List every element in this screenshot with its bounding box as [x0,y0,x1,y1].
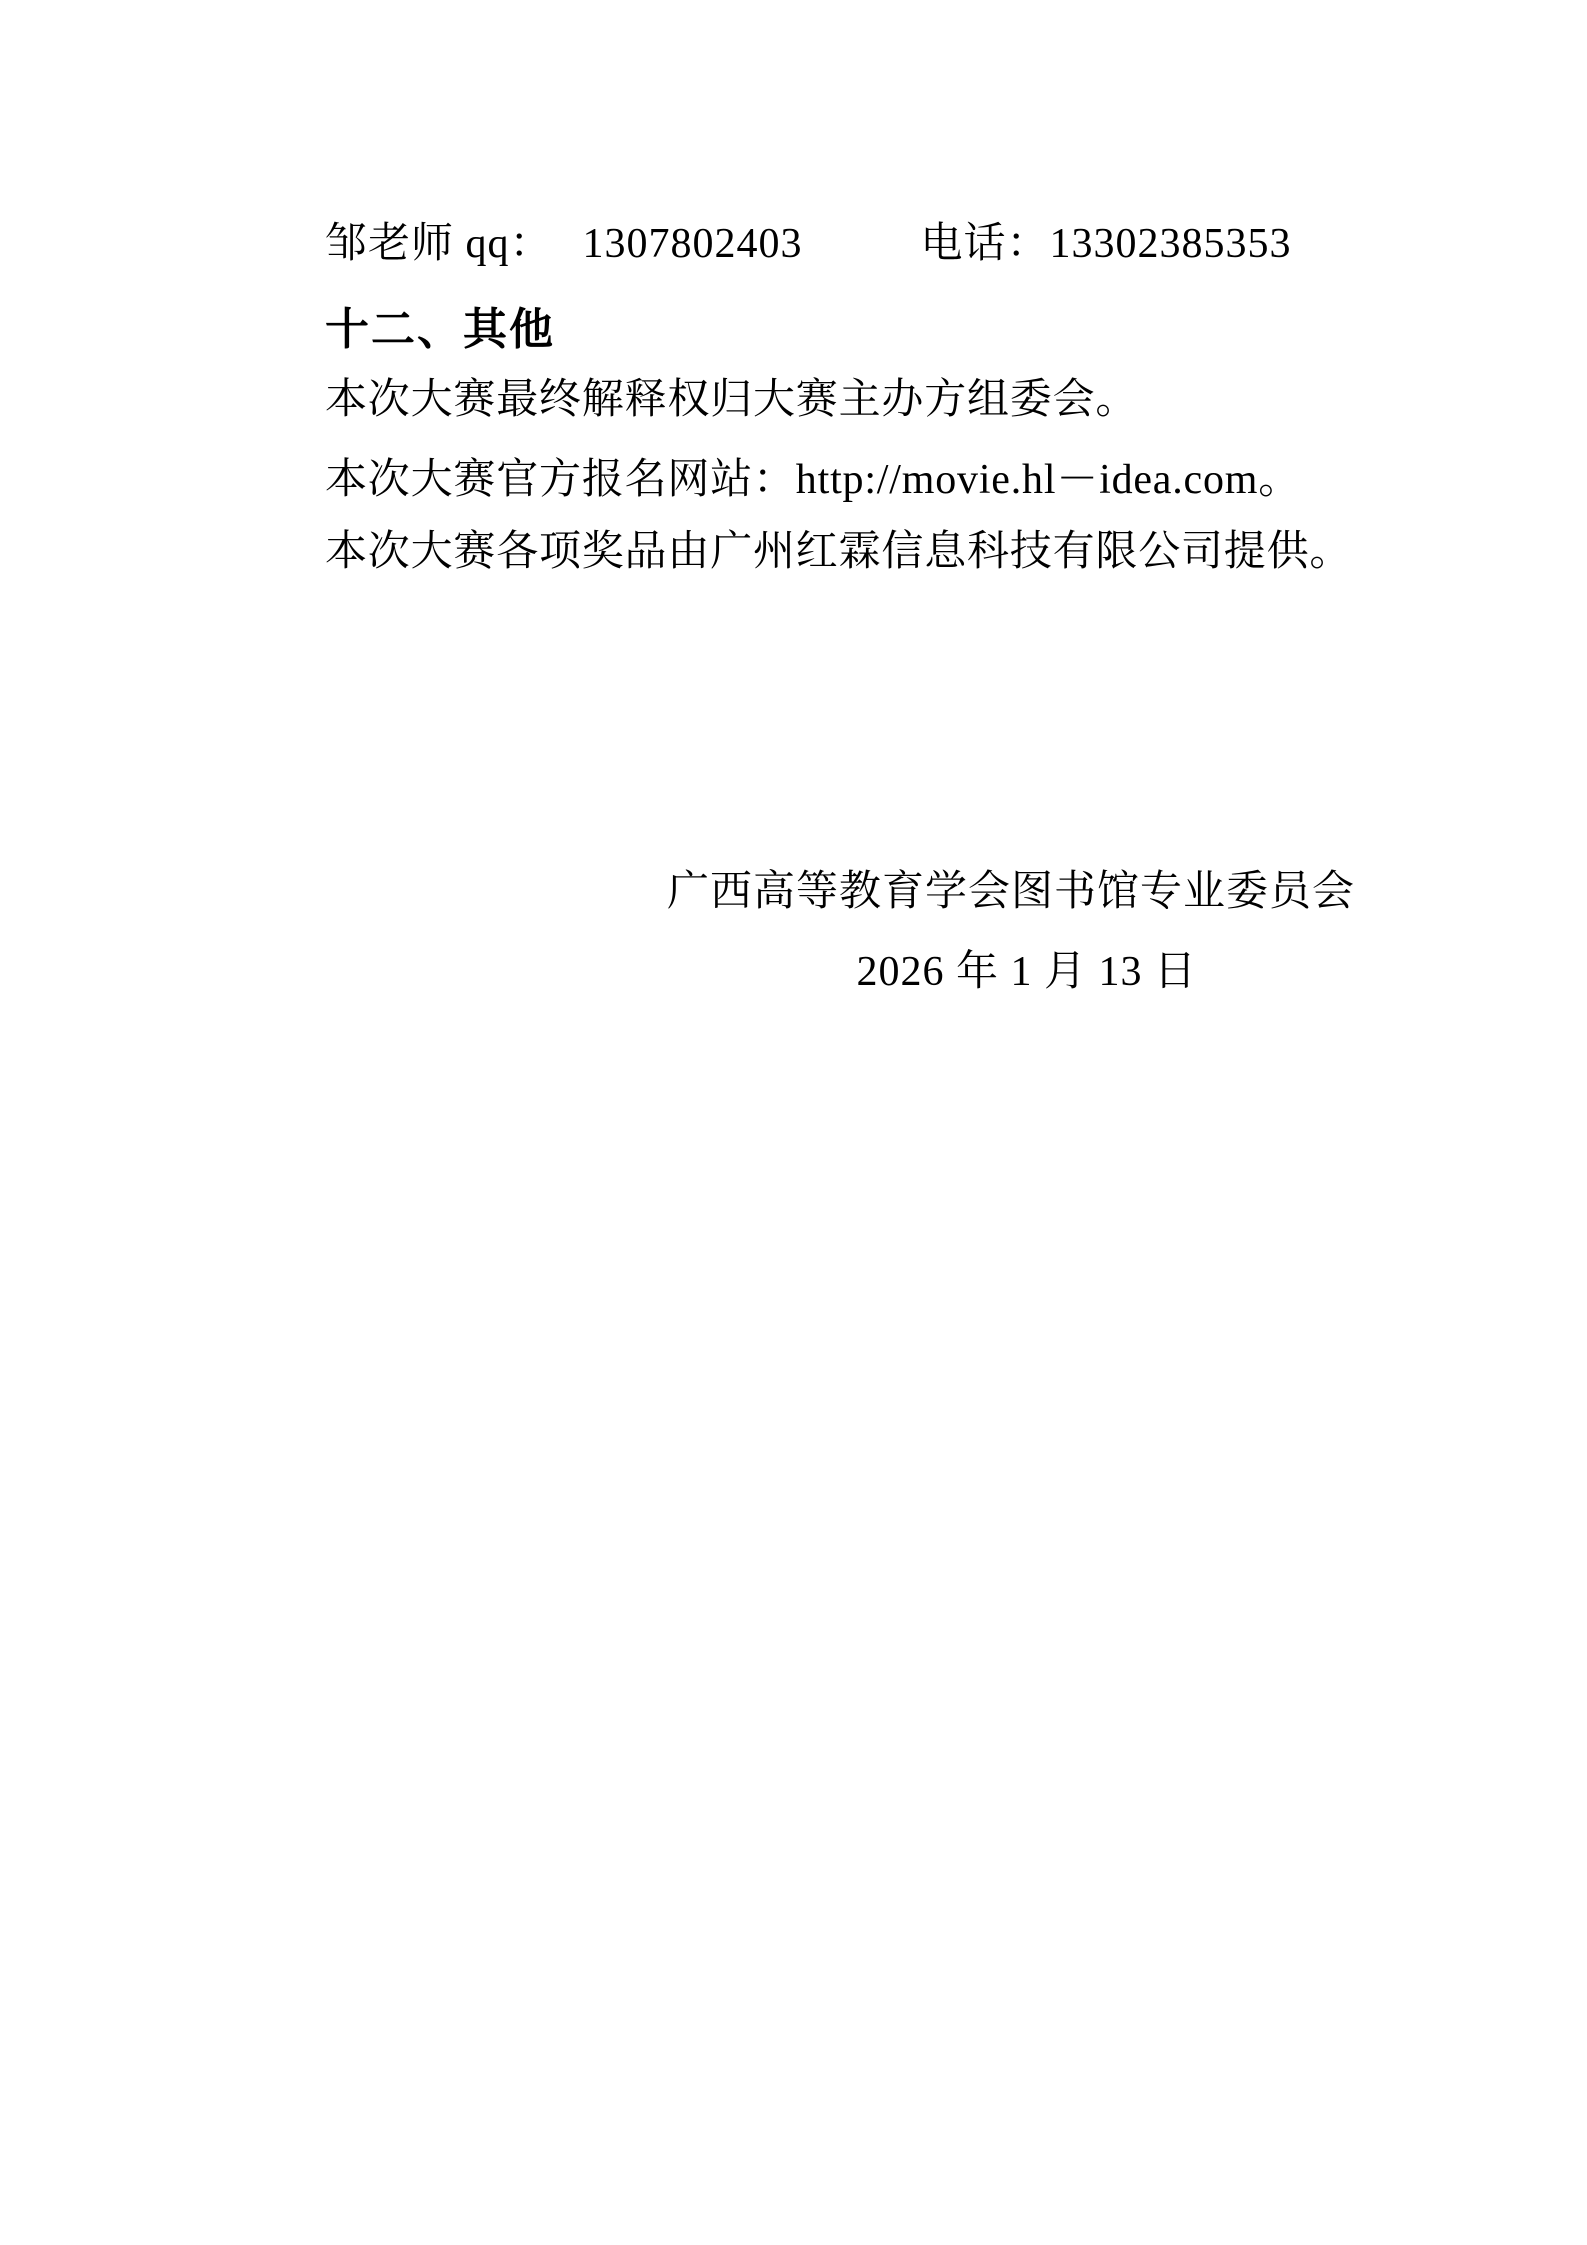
phone-label: 电话： [921,221,1050,267]
signature-organization: 广西高等教育学会图书馆专业委员会 [325,858,1355,918]
section-heading: 十二、其他 [325,293,1355,357]
contact-line: 邹老师 qq：1307802403电话：13302385353 [325,210,1355,270]
document-page: 邹老师 qq：1307802403电话：13302385353 十二、其他 本次… [0,0,1587,2245]
qq-number: 1307802403 [583,221,803,267]
phone-group: 电话：13302385353 [921,221,1292,267]
paragraph-final-interpretation: 本次大赛最终解释权归大赛主办方组委会。 [325,375,1355,425]
paragraph-prize-provider: 本次大赛各项奖品由广州红霖信息科技有限公司提供。 [325,527,1355,577]
teacher-qq-label: 邹老师 qq： [325,221,553,267]
phone-number: 13302385353 [1050,221,1292,267]
paragraph-official-website: 本次大赛官方报名网站：http://movie.hl－idea.com。 [325,455,1355,505]
signature-date: 2026 年 1 月 13 日 [325,938,1355,998]
